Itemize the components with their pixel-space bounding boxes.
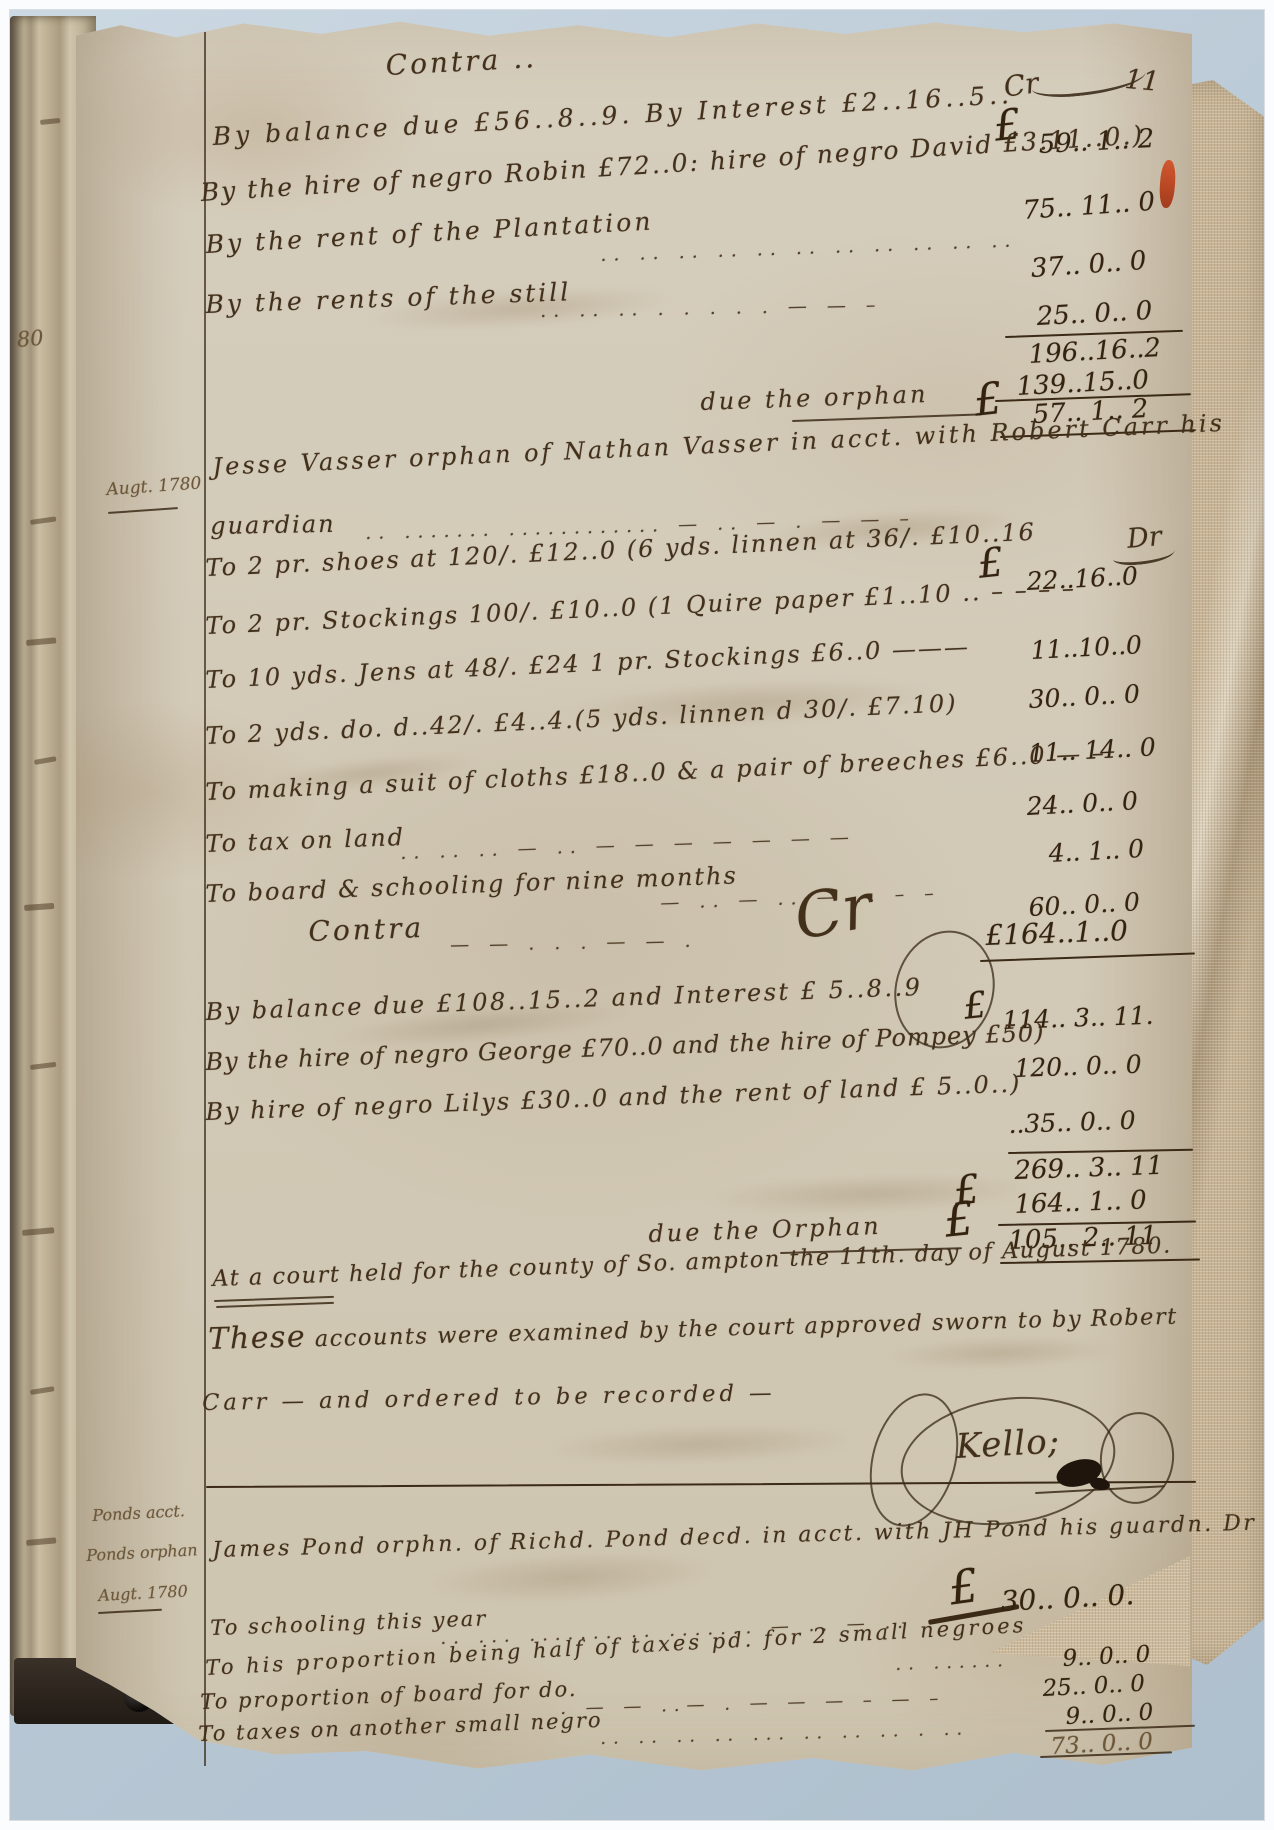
amount: 25.. 0.. 0 <box>1036 298 1153 330</box>
clerk-signature: Kello; <box>955 1425 1061 1464</box>
court-line2-lead: These <box>208 1319 307 1357</box>
court-line1-lead: At a court <box>212 1262 341 1292</box>
amount: 37.. 0.. 0 <box>1030 248 1147 282</box>
pound-sign: £ <box>942 1195 976 1244</box>
dotted-leader: — — . . . — — . <box>450 932 698 955</box>
partial-total: 73.. 0.. 0 <box>1050 1731 1153 1759</box>
pound-sign: £ <box>946 1562 981 1612</box>
contra-total: £164..1..0 <box>985 917 1128 950</box>
sum-debits: 164.. 1.. 0 <box>1014 1187 1147 1218</box>
amount: 4.. 1.. 0 <box>1048 836 1145 866</box>
page-edge-fragment: 80 <box>16 328 44 351</box>
ledger-photo: 80 Contra .. Cr 11 By balance due £56..8… <box>0 0 1274 1830</box>
contra-subheading: Contra <box>308 914 425 946</box>
margin-date: Augt. 1780 <box>98 1583 188 1604</box>
folio-number: 11 <box>1124 66 1161 96</box>
contra-heading: Contra .. <box>385 44 538 80</box>
sum-credits: 269.. 3.. 11 <box>1014 1153 1164 1184</box>
due-orphan-label: due the orphan <box>700 382 929 414</box>
debit-abbreviation: Dr <box>1126 523 1163 553</box>
amount: 120.. 0.. 0 <box>1014 1052 1142 1081</box>
amount: 24.. 0.. 0 <box>1026 788 1138 819</box>
account-title-2: guardian <box>210 512 336 538</box>
pound-sign: £ <box>972 377 1004 424</box>
sum-credits: 196..16..2 <box>1028 335 1161 368</box>
amount: 9.. 0.. 0 <box>1062 1643 1151 1671</box>
amount: 11..10..0 <box>1030 632 1142 663</box>
amount: 25.. 0.. 0 <box>1042 1673 1145 1701</box>
margin-note: Ponds acct. <box>92 1503 185 1524</box>
dotted-leader: .. ...... <box>895 1652 1010 1674</box>
credit-abbreviation-large: Cr <box>790 875 877 949</box>
amount: ..35.. 0.. 0 <box>1008 1108 1136 1137</box>
amount: 30.. 0.. 0 <box>1028 681 1140 712</box>
amount: 9.. 0.. 0 <box>1065 1701 1154 1729</box>
amount: 30.. 0.. 0. <box>1000 1581 1135 1616</box>
debit-entry: To tax on land <box>205 825 405 856</box>
